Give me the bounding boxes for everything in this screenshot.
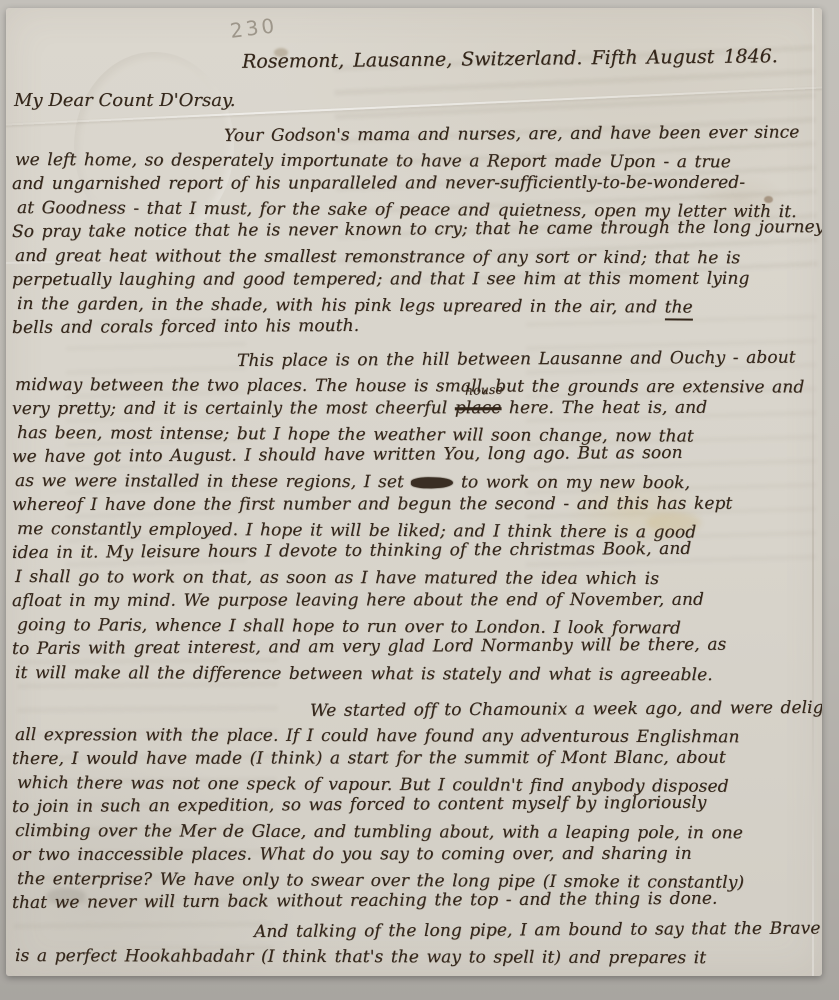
inked-out-word (411, 477, 453, 488)
letter-line: And talking of the long pipe, I am bound… (254, 917, 820, 944)
correction: houseplace (455, 396, 502, 420)
paragraph-4: And talking of the long pipe, I am bound… (12, 920, 820, 968)
paragraph-3: We started off to Chamounix a week ago, … (12, 699, 820, 915)
letter-line: So pray take notice that he is never kno… (12, 215, 820, 244)
letter-line: We started off to Chamounix a week ago, … (310, 696, 820, 723)
letter-line: or two inaccessible places. What do you … (12, 842, 820, 867)
letter-line: idea in it. My leisure hours I devote to… (12, 536, 820, 565)
pencil-catalog-number: 230 (229, 13, 279, 43)
letter-line: is a perfect Hookahbadahr (I think that'… (12, 944, 820, 971)
struck-word: place (455, 398, 502, 418)
salutation: My Dear Count D'Orsay. (14, 90, 235, 111)
place-date-line: Rosemont, Lausanne, Switzerland. Fifth A… (242, 45, 778, 73)
letter-line: there, I would have made (I think) a sta… (12, 746, 820, 771)
letter-line: Your Godson's mama and nurses, are, and … (224, 120, 820, 148)
letter-line: to Paris with great interest, and am ver… (12, 632, 820, 661)
line-text: to work on my new book, (453, 472, 690, 493)
paragraph-1: Your Godson's mama and nurses, are, and … (12, 124, 820, 340)
letter-line: to join in such an expedition, so was fo… (12, 790, 820, 819)
letter-line: whereof I have done the first number and… (12, 492, 820, 517)
photo-background: 230 Rosemont, Lausanne, Switzerland. Fif… (0, 0, 839, 1000)
letter-line: that we never will turn back without rea… (12, 886, 820, 915)
letter-line: and ungarnished report of his unparallel… (12, 171, 820, 196)
letter-line: it will make all the difference between … (12, 661, 820, 688)
line-text: very pretty; and it is certainly the mos… (12, 398, 455, 419)
paragraph-2: This place is on the hill between Lausan… (12, 349, 820, 685)
letter-page: 230 Rosemont, Lausanne, Switzerland. Fif… (6, 8, 822, 976)
letter-line: very pretty; and it is certainly the mos… (12, 396, 820, 421)
letter-line: This place is on the hill between Lausan… (237, 345, 820, 373)
letter-line: afloat in my mind. We purpose leaving he… (12, 588, 820, 613)
line-text: here. The heat is, and (501, 398, 707, 418)
letter-body: Your Godson's mama and nurses, are, and … (12, 124, 820, 968)
letter-line: perpetually laughing and good tempered; … (12, 267, 820, 292)
letter-line: bells and corals forced into his mouth. (12, 311, 820, 340)
inserted-word: house (465, 383, 503, 397)
line-text: as we were installed in these regions, I… (15, 471, 412, 492)
letter-line: we have got into August. I should have w… (12, 440, 820, 469)
